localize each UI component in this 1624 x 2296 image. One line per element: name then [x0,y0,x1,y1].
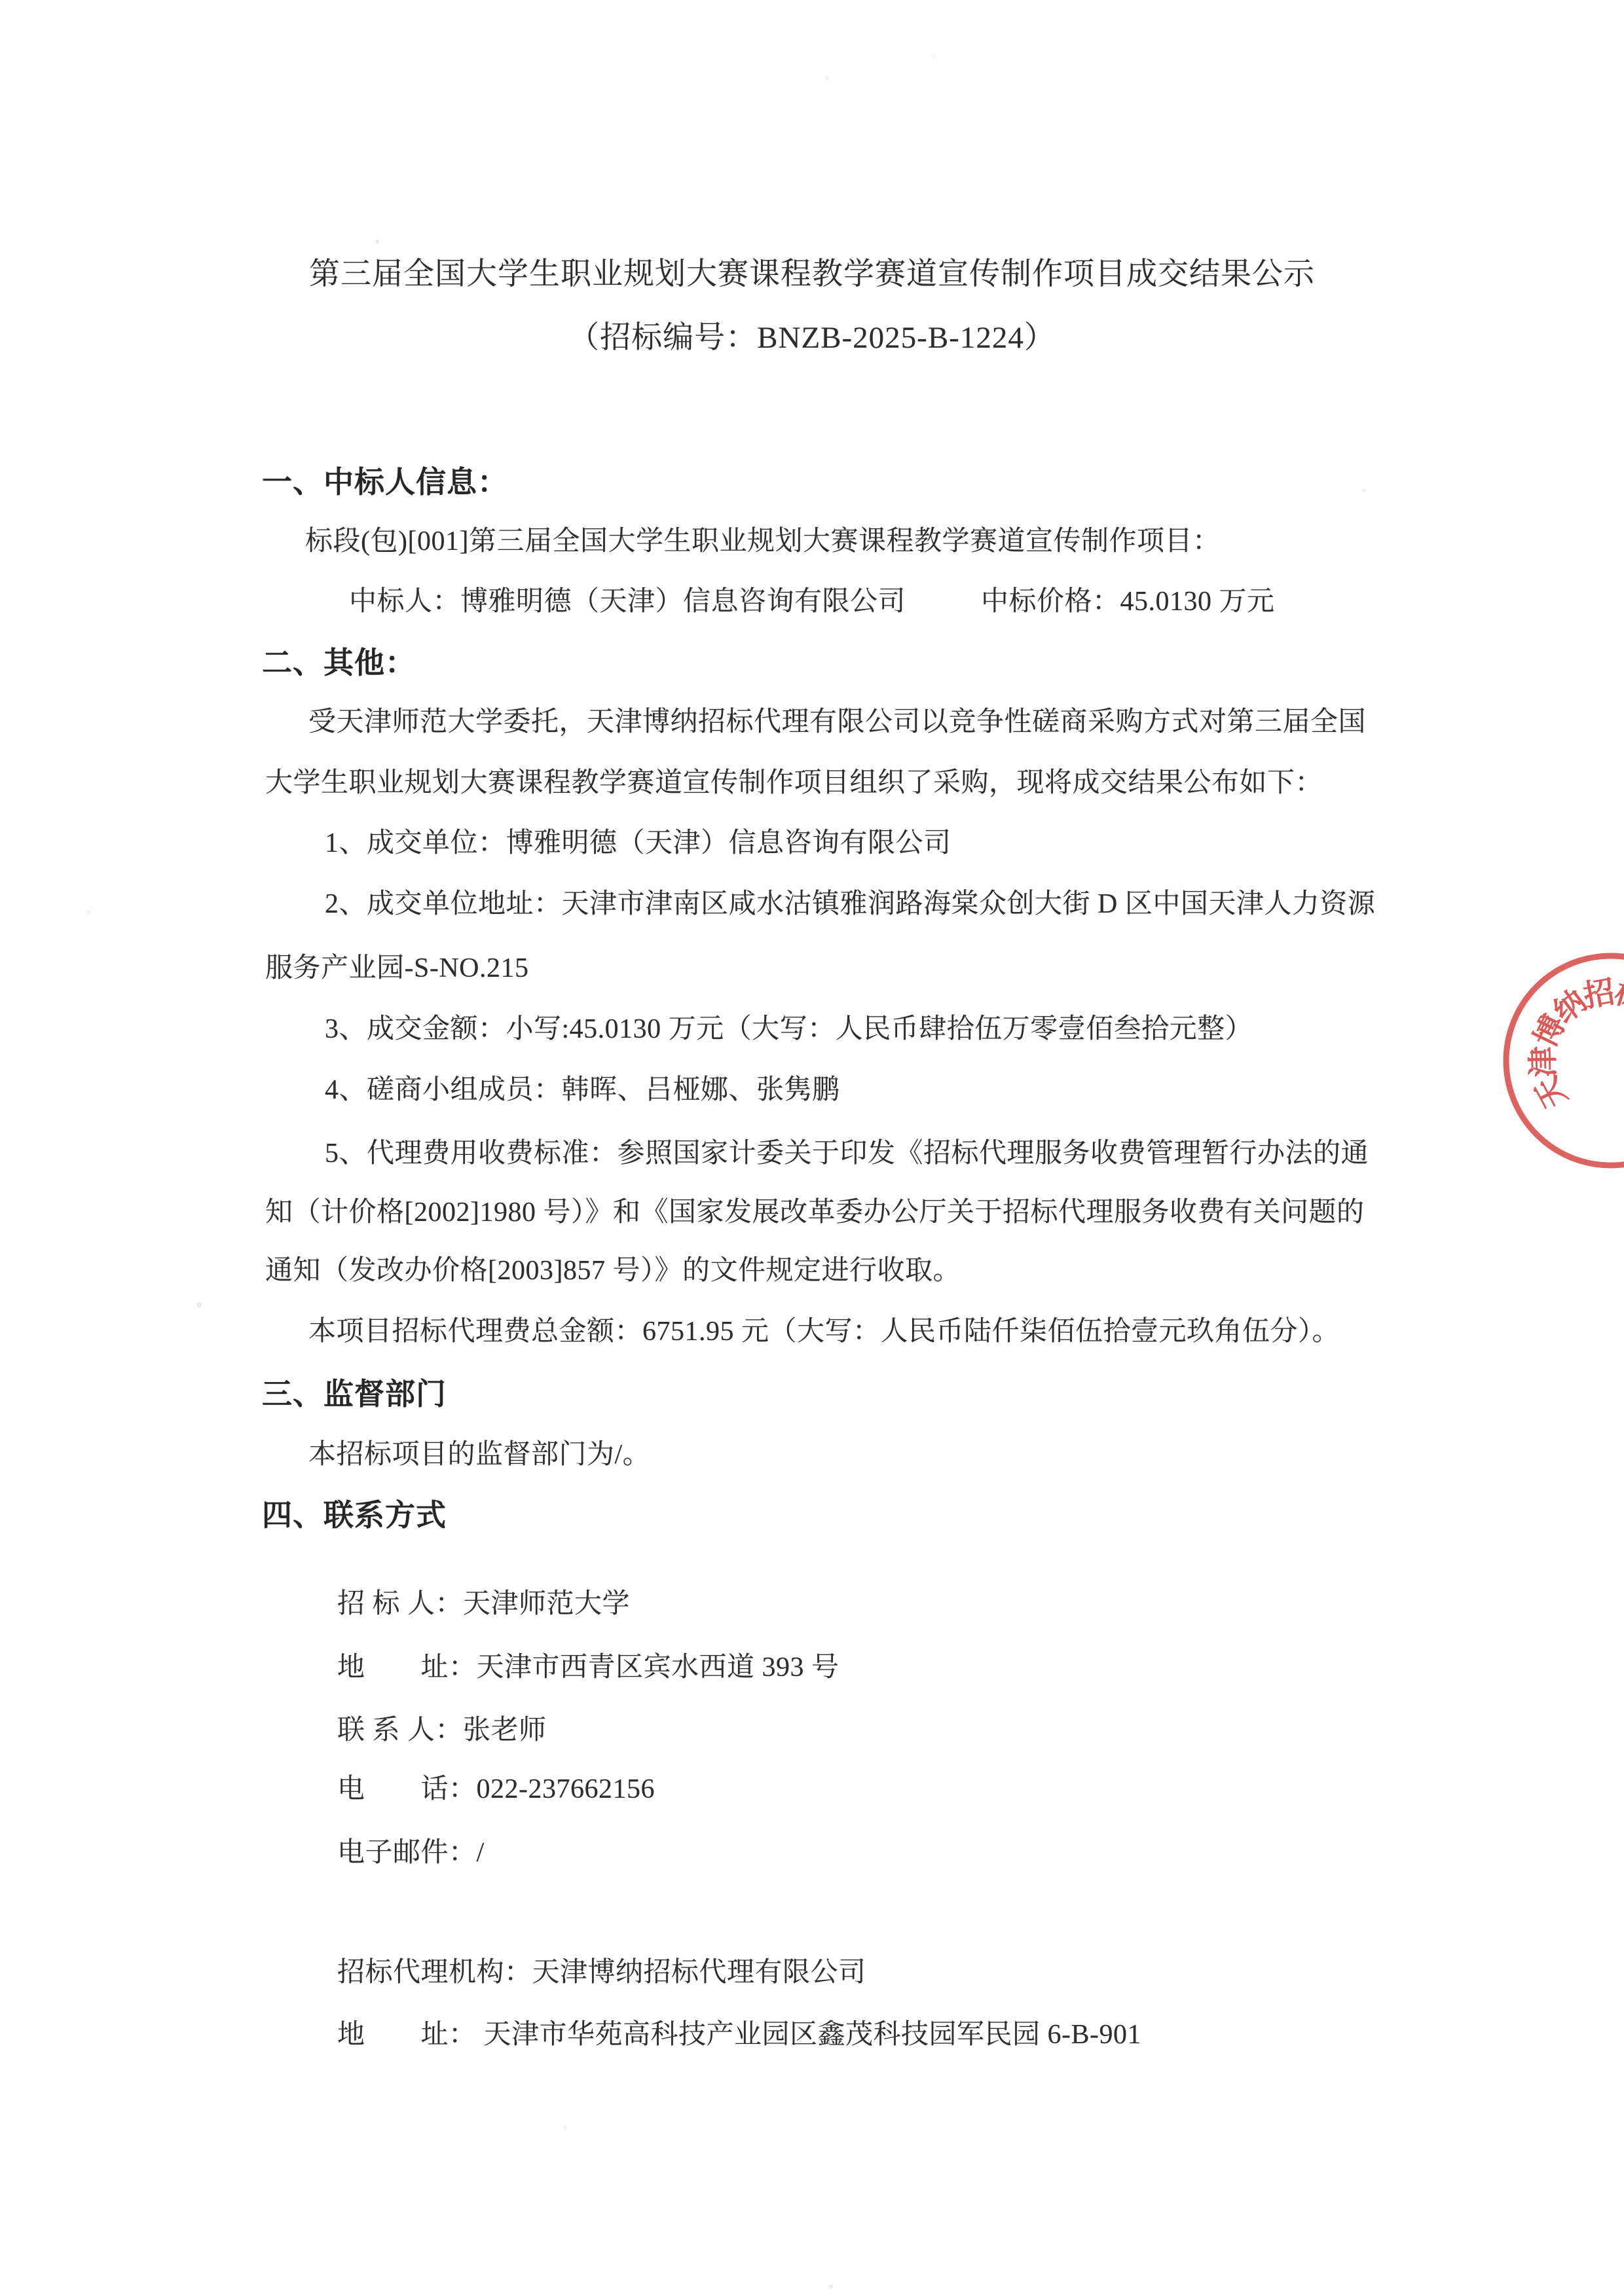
section-heading-supervision: 三、监督部门 [262,1377,447,1412]
person-value: 张老师 [463,1715,547,1745]
phone-value: 022-237662156 [477,1774,655,1804]
section-heading-contact: 四、联系方式 [262,1498,447,1533]
item-agency-fee-standard-line1: 5、代理费用收费标准：参照国家计委关于印发《招标代理服务收费管理暂行办法的通 [325,1138,1369,1169]
section-heading-winner-info: 一、中标人信息： [262,465,508,500]
winner-price: 中标价格：45.0130 万元 [981,586,1275,617]
seal-arc-text: 天 津 博 纳 招 标 [1526,975,1624,1114]
company-seal-stamp: 天 津 博 纳 招 标 [1493,930,1624,1205]
winner-name: 中标人：博雅明德（天津）信息咨询有限公司 [349,586,906,617]
intro-paragraph-line1: 受天津师范大学委托，天津博纳招标代理有限公司以竞争性磋商采购方式对第三届全国 [308,706,1366,738]
intro-paragraph-line2: 大学生职业规划大赛课程教学赛道宣传制作项目组织了采购，现将成交结果公布如下： [265,767,1323,799]
agency-label: 招标代理机构： [337,1958,532,1988]
scan-noise-specks [0,0,1,1]
item-deal-address-line1: 2、成交单位地址：天津市津南区咸水沽镇雅润路海棠众创大街 D 区中国天津人力资源 [325,888,1375,920]
agency-address-label: 地 址： [337,2020,477,2050]
agency-address-value: 天津市华苑高科技产业园区鑫茂科技园军民园 6-B-901 [477,2020,1142,2050]
email-value: / [477,1838,485,1868]
phone-label: 电 话： [337,1774,477,1804]
email-label: 电子邮件： [337,1838,477,1868]
tenderer-label: 招 标 人： [337,1589,463,1619]
item-agency-fee-standard-line3: 通知（发改办价格[2003]857 号）》的文件规定进行收取。 [265,1255,961,1286]
agency-value: 天津博纳招标代理有限公司 [532,1958,866,1988]
agency-fee-total-line: 本项目招标代理费总金额：6751.95 元（大写：人民币陆仟柒佰伍拾壹元玖角伍分… [308,1316,1340,1347]
contact-row-email: 电子邮件：/ [308,1806,485,1901]
scanned-document-page: 第三届全国大学生职业规划大赛课程教学赛道宣传制作项目成交结果公示 （招标编号：B… [0,0,1624,2296]
person-label: 联 系 人： [337,1715,463,1745]
item-deal-amount: 3、成交金额：小写:45.0130 万元（大写：人民币肆拾伍万零壹佰叁拾元整） [325,1013,1253,1045]
item-deal-address-line2: 服务产业园-S-NO.215 [265,953,529,984]
supervision-body: 本招标项目的监督部门为/。 [308,1439,650,1470]
tender-number-line: （招标编号：BNZB-2025-B-1224） [0,320,1624,355]
item-negotiation-team: 4、磋商小组成员：韩晖、吕桠娜、张隽鹏 [325,1074,840,1106]
section-heading-other: 二、其他： [262,646,416,680]
address-value: 天津市西青区宾水西道 393 号 [477,1652,840,1683]
item-agency-fee-standard-line2: 知（计价格[2002]1980 号）》和《国家发展改革委办公厅关于招标代理服务收… [265,1197,1364,1228]
lot-line: 标段(包)[001]第三届全国大学生职业规划大赛课程教学赛道宣传制作项目： [305,526,1220,557]
address-label: 地 址： [337,1652,477,1683]
item-deal-unit: 1、成交单位：博雅明德（天津）信息咨询有限公司 [325,828,951,859]
winner-price-row: 中标人：博雅明德（天津）信息咨询有限公司 中标价格：45.0130 万元 [349,586,1275,617]
contact-row-agency-address: 地 址： 天津市华苑高科技产业园区鑫茂科技园军民园 6-B-901 [308,1988,1141,2083]
document-title: 第三届全国大学生职业规划大赛课程教学赛道宣传制作项目成交结果公示 [0,257,1624,292]
tenderer-value: 天津师范大学 [463,1589,630,1619]
